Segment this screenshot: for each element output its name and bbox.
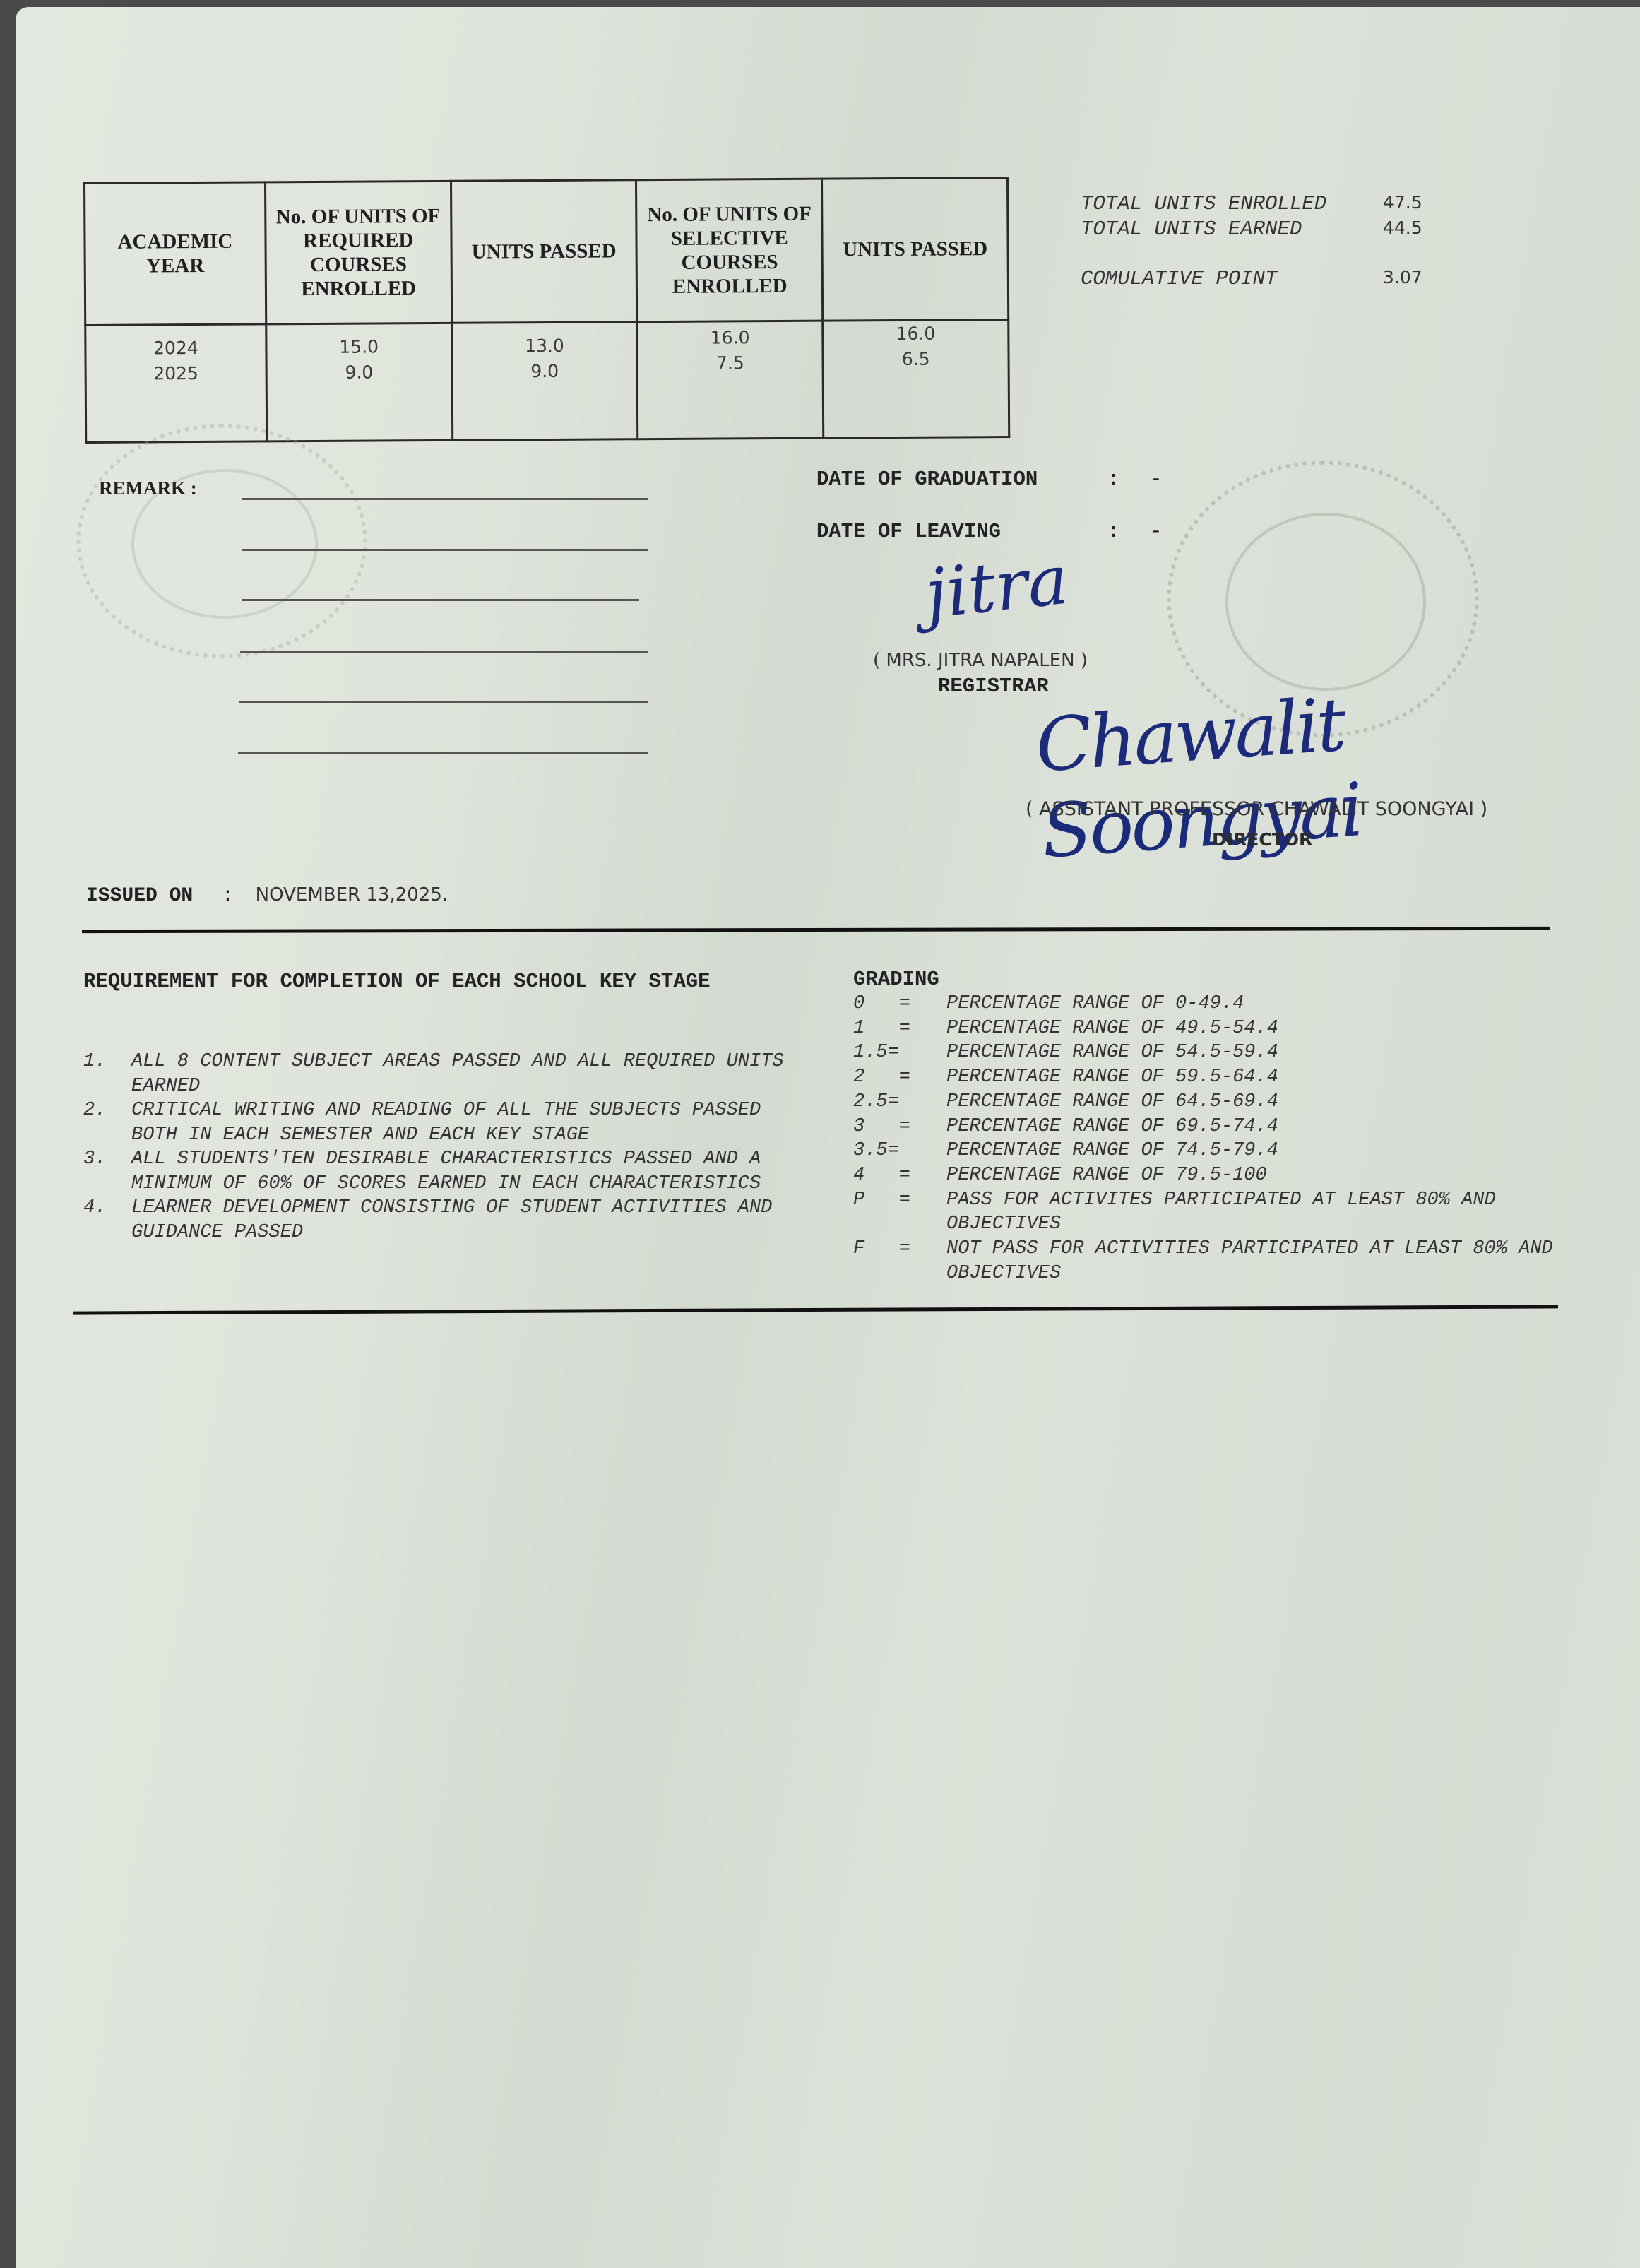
remark-line: [242, 498, 648, 500]
grade-row: 1 =PERCENTAGE RANGE OF 49.5-54.4: [853, 1016, 1559, 1041]
list-item: 3.ALL STUDENTS'TEN DESIRABLE CHARACTERIS…: [83, 1147, 804, 1196]
registrar-signature: jitra: [922, 540, 1072, 634]
grade-row: 0 =PERCENTAGE RANGE OF 0-49.4: [853, 992, 1559, 1016]
cumulative-point-value: 3.07: [1383, 267, 1422, 292]
grade-code: P =: [853, 1188, 946, 1237]
director-name: ( ASSISTANT PROFESSOR CHAWALIT SOONGYAI …: [1026, 798, 1487, 820]
value: 13.0: [453, 333, 636, 360]
value: 7.5: [639, 350, 821, 377]
cell-selective-enrolled: 16.0 7.5: [637, 321, 824, 439]
grade-row: P =PASS FOR ACTIVITES PARTICIPATED AT LE…: [853, 1188, 1559, 1237]
item-text: ALL 8 CONTENT SUBJECT AREAS PASSED AND A…: [131, 1050, 804, 1098]
cell-required-passed: 13.0 9.0: [451, 322, 638, 441]
grade-desc: PERCENTAGE RANGE OF 54.5-59.4: [946, 1040, 1278, 1065]
requirements-title: REQUIREMENT FOR COMPLETION OF EACH SCHOO…: [83, 968, 790, 996]
colon: :: [1107, 520, 1150, 572]
grade-code: F =: [853, 1237, 946, 1286]
date-of-leaving-value: -: [1150, 520, 1162, 572]
value: 9.0: [453, 358, 636, 385]
remark-line: [242, 599, 639, 601]
value: 15.0: [268, 334, 450, 361]
registrar-title: REGISTRAR: [938, 675, 1049, 698]
date-of-graduation-label: DATE OF GRADUATION: [816, 468, 1107, 520]
list-item: 2.CRITICAL WRITING AND READING OF ALL TH…: [83, 1098, 804, 1147]
list-item: 4.LEARNER DEVELOPMENT CONSISTING OF STUD…: [83, 1196, 804, 1245]
item-number: 2.: [83, 1098, 131, 1147]
grade-row: 2 =PERCENTAGE RANGE OF 59.5-64.4: [853, 1065, 1559, 1090]
grade-code: 3.5=: [853, 1139, 946, 1163]
grade-row: 1.5=PERCENTAGE RANGE OF 54.5-59.4: [853, 1040, 1559, 1065]
grading-list: 0 =PERCENTAGE RANGE OF 0-49.4 1 =PERCENT…: [853, 992, 1559, 1286]
grade-desc: NOT PASS FOR ACTIVITIES PARTICIPATED AT …: [946, 1237, 1559, 1286]
item-number: 1.: [83, 1050, 131, 1098]
grade-row: 3.5=PERCENTAGE RANGE OF 74.5-79.4: [853, 1139, 1559, 1163]
remark-line: [238, 752, 648, 754]
embossed-seal-left-icon: [76, 424, 367, 658]
grade-desc: PERCENTAGE RANGE OF 79.5-100: [946, 1163, 1267, 1188]
totals-summary: TOTAL UNITS ENROLLED47.5 TOTAL UNITS EAR…: [1081, 192, 1422, 292]
header-selective-enrolled: No. OF UNITS OF SELECTIVE COURSES ENROLL…: [636, 179, 823, 322]
grade-desc: PASS FOR ACTIVITES PARTICIPATED AT LEAST…: [946, 1188, 1559, 1237]
remark-line: [240, 651, 648, 653]
grade-desc: PERCENTAGE RANGE OF 0-49.4: [946, 992, 1244, 1016]
units-table: ACADEMIC YEAR No. OF UNITS OF REQUIRED C…: [83, 177, 1010, 444]
cell-required-enrolled: 15.0 9.0: [266, 323, 453, 441]
issued-on: ISSUED ON : NOVEMBER 13,2025.: [86, 884, 448, 907]
value: 16.0: [824, 321, 1006, 348]
grade-row: 2.5=PERCENTAGE RANGE OF 64.5-69.4: [853, 1090, 1559, 1115]
item-text: LEARNER DEVELOPMENT CONSISTING OF STUDEN…: [131, 1196, 804, 1245]
remark-line: [239, 701, 648, 703]
cumulative-point-label: COMULATIVE POINT: [1081, 267, 1383, 292]
list-item: 1.ALL 8 CONTENT SUBJECT AREAS PASSED AND…: [83, 1050, 804, 1098]
colon: :: [222, 885, 234, 907]
value: 6.5: [825, 346, 1007, 373]
header-academic-year: ACADEMIC YEAR: [85, 182, 266, 326]
header-required-passed: UNITS PASSED: [451, 180, 637, 323]
item-text: CRITICAL WRITING AND READING OF ALL THE …: [131, 1098, 804, 1147]
remark-label: REMARK :: [99, 477, 197, 499]
total-enrolled-value: 47.5: [1383, 192, 1422, 218]
date-of-graduation-value: -: [1150, 468, 1162, 520]
header-selective-passed: UNITS PASSED: [822, 178, 1009, 321]
grade-desc: PERCENTAGE RANGE OF 69.5-74.4: [946, 1115, 1278, 1139]
year-2025: 2025: [88, 360, 265, 387]
grade-code: 1.5=: [853, 1040, 946, 1065]
grade-code: 3 =: [853, 1115, 946, 1139]
item-number: 3.: [83, 1147, 131, 1196]
grade-desc: PERCENTAGE RANGE OF 64.5-69.4: [946, 1090, 1278, 1115]
remark-line: [242, 549, 648, 551]
issued-on-date: NOVEMBER 13,2025.: [256, 884, 448, 906]
issued-on-label: ISSUED ON: [86, 885, 193, 907]
value: 16.0: [639, 325, 821, 352]
total-earned-label: TOTAL UNITS EARNED: [1081, 218, 1383, 243]
grade-row: 4 =PERCENTAGE RANGE OF 79.5-100: [853, 1163, 1559, 1188]
total-enrolled-label: TOTAL UNITS ENROLLED: [1081, 192, 1383, 218]
grade-code: 4 =: [853, 1163, 946, 1188]
grade-row: F =NOT PASS FOR ACTIVITIES PARTICIPATED …: [853, 1237, 1559, 1286]
table-header-row: ACADEMIC YEAR No. OF UNITS OF REQUIRED C…: [85, 178, 1009, 326]
total-earned-value: 44.5: [1383, 218, 1422, 243]
item-number: 4.: [83, 1196, 131, 1245]
item-text: ALL STUDENTS'TEN DESIRABLE CHARACTERISTI…: [131, 1147, 804, 1196]
grade-code: 2 =: [853, 1065, 946, 1090]
grading-title: GRADING: [853, 968, 939, 991]
grade-code: 0 =: [853, 992, 946, 1016]
header-required-enrolled: No. OF UNITS OF REQUIRED COURSES ENROLLE…: [265, 181, 451, 324]
grade-desc: PERCENTAGE RANGE OF 49.5-54.4: [946, 1016, 1278, 1041]
director-title: DIRECTOR: [1212, 829, 1312, 850]
grade-desc: PERCENTAGE RANGE OF 59.5-64.4: [946, 1065, 1278, 1090]
requirements-list: 1.ALL 8 CONTENT SUBJECT AREAS PASSED AND…: [83, 1050, 804, 1245]
grade-row: 3 =PERCENTAGE RANGE OF 69.5-74.4: [853, 1115, 1559, 1139]
grade-code: 2.5=: [853, 1090, 946, 1115]
year-2024: 2024: [87, 335, 264, 362]
cell-selective-passed: 16.0 6.5: [823, 320, 1009, 439]
value: 9.0: [268, 360, 450, 386]
grade-code: 1 =: [853, 1016, 946, 1041]
registrar-name: ( MRS. JITRA NAPALEN ): [873, 650, 1088, 671]
grade-desc: PERCENTAGE RANGE OF 74.5-79.4: [946, 1139, 1278, 1163]
colon: :: [1107, 468, 1150, 520]
